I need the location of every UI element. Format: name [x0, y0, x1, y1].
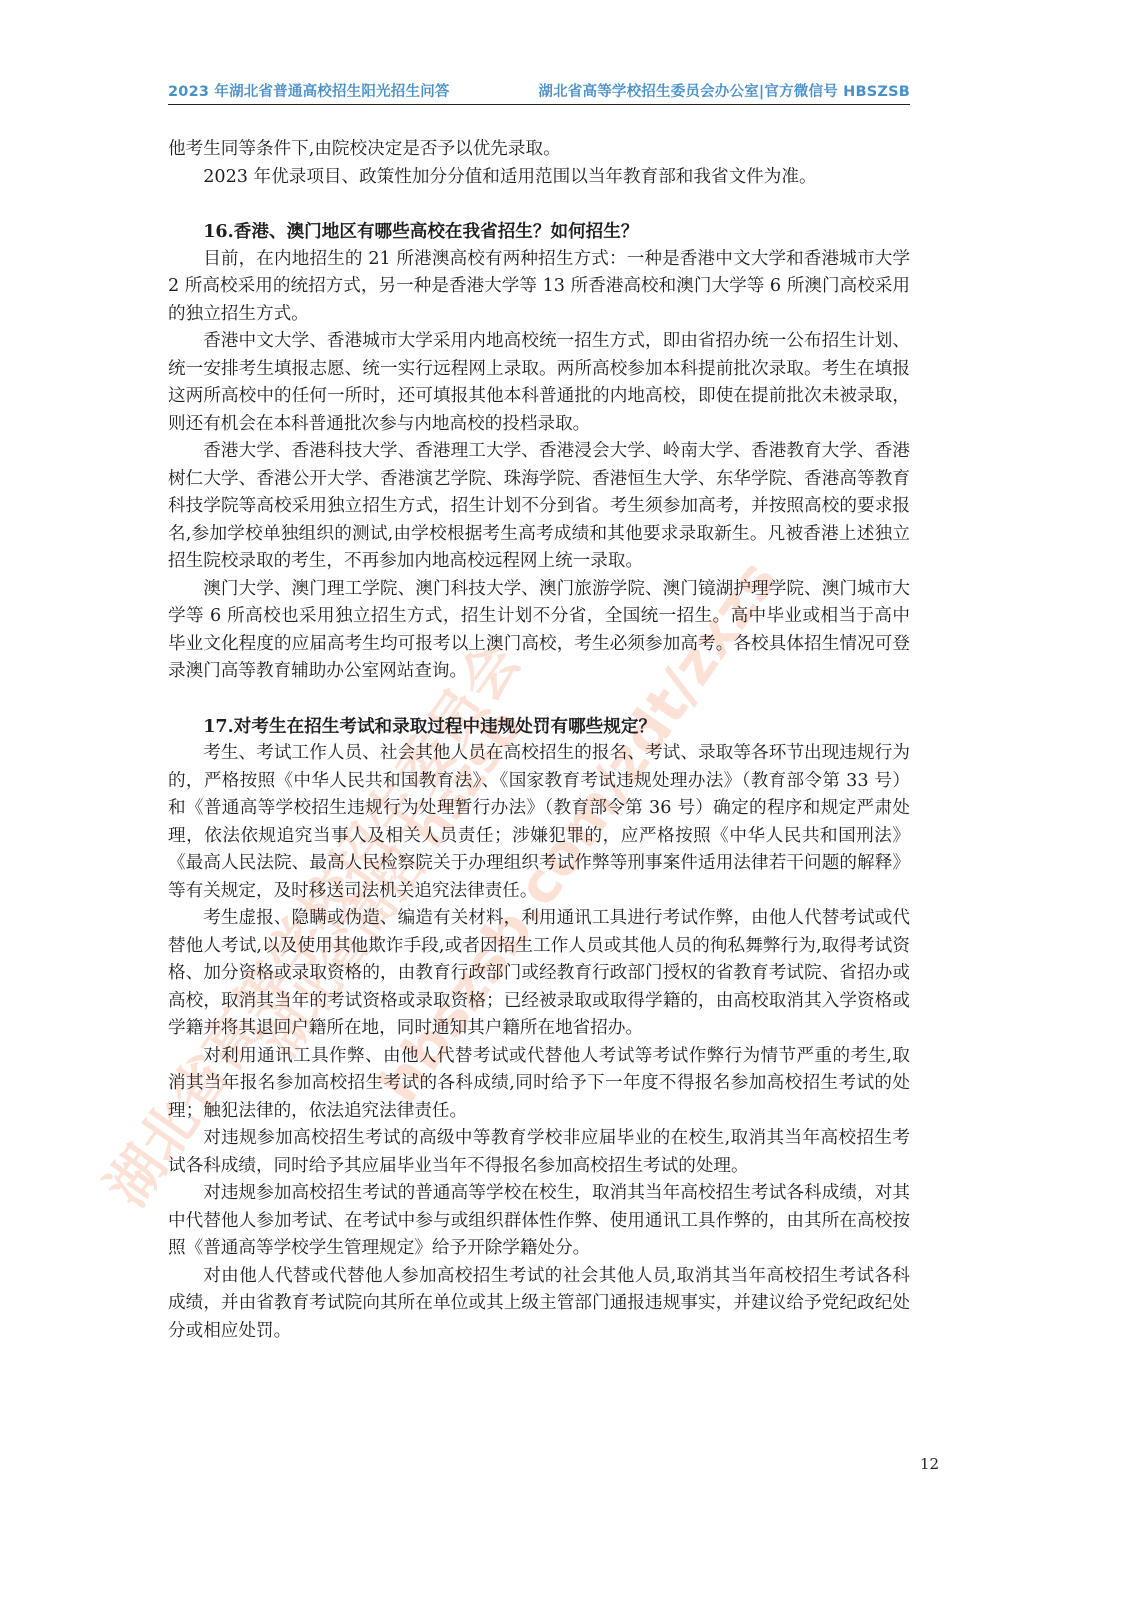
paragraph: 对违规参加高校招生考试的普通高等学校在校生，取消其当年高校招生考试各科成绩，对其…	[168, 1180, 910, 1263]
paragraph: 澳门大学、澳门理工学院、澳门科技大学、澳门旅游学院、澳门镜湖护理学院、澳门城市大…	[168, 576, 910, 686]
running-header: 2023 年湖北省普通高校招生阳光招生问答 湖北省高等学校招生委员会办公室|官方…	[168, 80, 910, 105]
question-16-heading: 16.香港、澳门地区有哪些高校在我省招生？如何招生？	[168, 218, 910, 246]
paragraph: 对利用通讯工具作弊、由他人代替考试或代替他人考试等考试作弊行为情节严重的考生,取…	[168, 1043, 910, 1126]
page-number: 12	[920, 1455, 939, 1473]
paragraph: 香港大学、香港科技大学、香港理工大学、香港浸会大学、岭南大学、香港教育大学、香港…	[168, 438, 910, 576]
header-document-title: 2023 年湖北省普通高校招生阳光招生问答	[168, 80, 450, 104]
paragraph: 对由他人代替或代替他人参加高校招生考试的社会其他人员,取消其当年高校招生考试各科…	[168, 1263, 910, 1346]
paragraph: 目前，在内地招生的 21 所港澳高校有两种招生方式：一种是香港中文大学和香港城市…	[168, 246, 910, 329]
question-17-heading: 17.对考生在招生考试和录取过程中违规处罚有哪些规定？	[168, 713, 910, 741]
paragraph: 2023 年优录项目、政策性加分分值和适用范围以当年教育部和我省文件为准。	[168, 164, 910, 192]
header-publisher: 湖北省高等学校招生委员会办公室|官方微信号 HBSZSB	[538, 80, 910, 104]
paragraph: 香港中文大学、香港城市大学采用内地高校统一招生方式，即由省招办统一公布招生计划、…	[168, 328, 910, 438]
paragraph: 对违规参加高校招生考试的高级中等教育学校非应届毕业的在校生,取消其当年高校招生考…	[168, 1125, 910, 1180]
carryover-paragraph: 他考生同等条件下,由院校决定是否予以优先录取。	[168, 136, 910, 164]
page-body: 他考生同等条件下,由院校决定是否予以优先录取。 2023 年优录项目、政策性加分…	[168, 136, 910, 1345]
paragraph: 考生、考试工作人员、社会其他人员在高校招生的报名、考试、录取等各环节出现违规行为…	[168, 740, 910, 905]
paragraph: 考生虚报、隐瞒或伪造、编造有关材料，利用通讯工具进行考试作弊，由他人代替考试或代…	[168, 905, 910, 1043]
